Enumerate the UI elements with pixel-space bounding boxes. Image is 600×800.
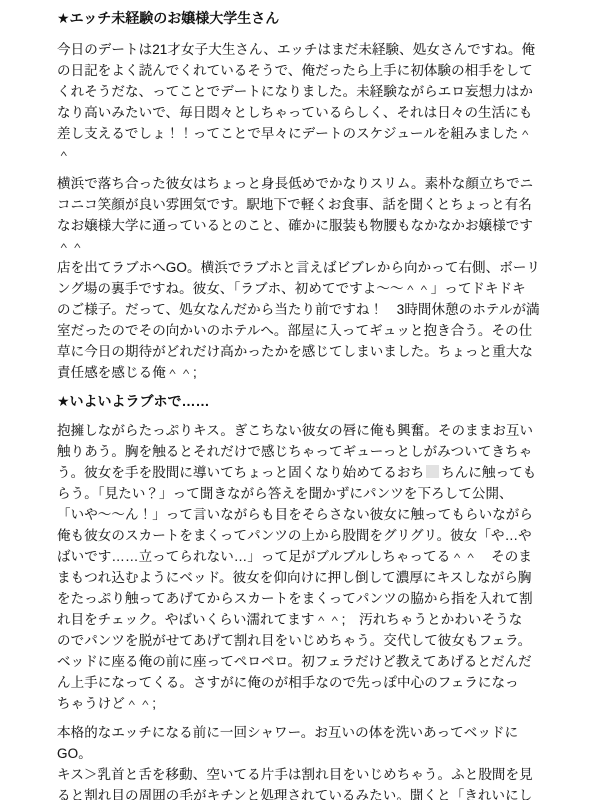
- document-page: ★エッチ未経験のお嬢様大学生さん 今日のデートは21才女子大生さん、エッチはまだ…: [0, 0, 600, 800]
- censored-character-box: [426, 465, 439, 478]
- lovehotel-text-after-censor: ちんに触っても らう。「見たい？」って聞きながら答えを聞かずにパンツを下ろして公…: [57, 465, 536, 711]
- paragraph-lovehotel: 抱擁しながらたっぷりキス。ぎこちない彼女の唇に俺も興奮。そのままお互い 触りあう…: [57, 420, 546, 714]
- paragraph-shower: 本格的なエッチになる前に一回シャワー。お互いの体を洗いあってベッドに GO。 キ…: [57, 722, 546, 800]
- paragraph-intro: 今日のデートは21才女子大生さん、エッチはまだ未経験、処女さんですね。俺 の日記…: [57, 39, 546, 165]
- paragraph-meeting-and-hotel: 横浜で落ち合った彼女はちょっと身長低めでかなりスリム。素朴な顔立ちでニ コニコ笑…: [57, 173, 546, 383]
- page-title: ★エッチ未経験のお嬢様大学生さん: [57, 8, 546, 29]
- section-heading: ★いよいよラブホで……: [57, 391, 546, 412]
